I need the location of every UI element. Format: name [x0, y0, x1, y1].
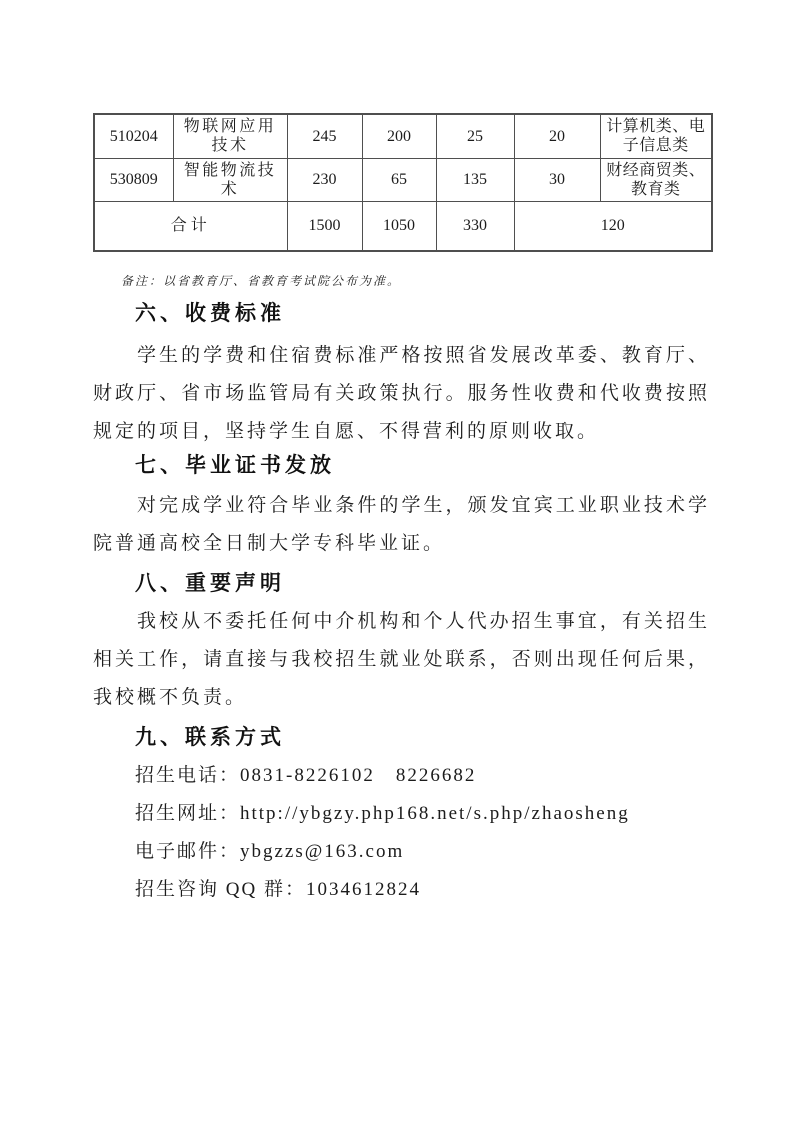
table-row: 530809 智能物流技术 230 65 135 30 财经商贸类、教育类 — [94, 158, 712, 201]
table-total-row: 合计 1500 1050 330 120 — [94, 201, 712, 251]
contact-phone-line: 招生电话：0831-8226102 8226682 — [93, 757, 710, 795]
category-cell: 财经商贸类、教育类 — [600, 158, 712, 201]
plan-total-cell: 230 — [287, 158, 362, 201]
paragraph-statement: 我校从不委托任何中介机构和个人代办招生事宜，有关招生相关工作，请直接与我校招生就… — [93, 603, 710, 717]
plan-value-cell: 65 — [362, 158, 436, 201]
major-code-cell: 510204 — [94, 114, 173, 158]
enrollment-plan-table: 510204 物联网应用技术 245 200 25 20 计算机类、电子信息类 … — [93, 113, 713, 252]
section-heading-diploma: 七、毕业证书发放 — [93, 453, 710, 479]
major-name-cell: 物联网应用技术 — [173, 114, 287, 158]
total-value-cell: 330 — [436, 201, 514, 251]
contact-website-line: 招生网址：http://ybgzy.php168.net/s.php/zhaos… — [93, 795, 710, 833]
plan-value-cell: 25 — [436, 114, 514, 158]
contact-block: 招生电话：0831-8226102 8226682 招生网址：http://yb… — [93, 757, 710, 909]
plan-value-cell: 20 — [514, 114, 600, 158]
paragraph-fees: 学生的学费和住宿费标准严格按照省发展改革委、教育厅、财政厅、省市场监管局有关政策… — [93, 337, 710, 451]
table-row: 510204 物联网应用技术 245 200 25 20 计算机类、电子信息类 — [94, 114, 712, 158]
total-value-cell: 1050 — [362, 201, 436, 251]
plan-value-cell: 200 — [362, 114, 436, 158]
section-heading-statement: 八、重要声明 — [93, 571, 710, 597]
total-label-cell: 合计 — [94, 201, 287, 251]
plan-value-cell: 30 — [514, 158, 600, 201]
contact-qq-line: 招生咨询 QQ 群：1034612824 — [93, 871, 710, 909]
total-value-cell: 1500 — [287, 201, 362, 251]
paragraph-diploma: 对完成学业符合毕业条件的学生，颁发宜宾工业职业技术学院普通高校全日制大学专科毕业… — [93, 487, 710, 563]
section-heading-fees: 六、收费标准 — [93, 301, 710, 327]
table-footnote: 备注：以省教育厅、省教育考试院公布为准。 — [93, 274, 710, 289]
contact-email-line: 电子邮件：ybgzzs@163.com — [93, 833, 710, 871]
section-heading-contact: 九、联系方式 — [93, 725, 710, 751]
total-merged-cell: 120 — [514, 201, 712, 251]
plan-value-cell: 135 — [436, 158, 514, 201]
document-page: 510204 物联网应用技术 245 200 25 20 计算机类、电子信息类 … — [0, 0, 800, 1132]
category-cell: 计算机类、电子信息类 — [600, 114, 712, 158]
major-name-cell: 智能物流技术 — [173, 158, 287, 201]
major-code-cell: 530809 — [94, 158, 173, 201]
plan-total-cell: 245 — [287, 114, 362, 158]
